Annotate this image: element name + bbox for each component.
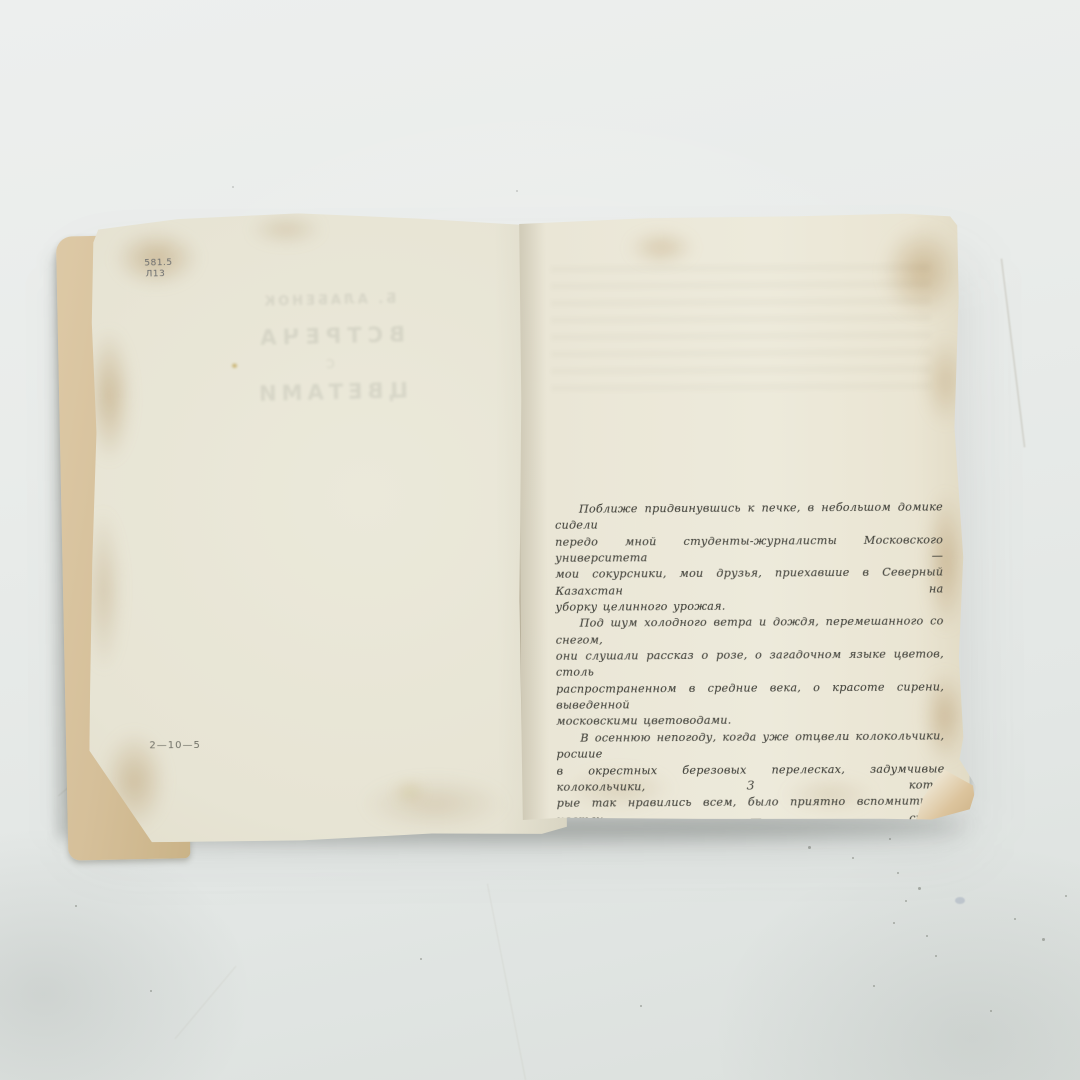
text-line: мои сокурсники, мои друзья, приехавшие в… xyxy=(555,565,943,600)
left-page: Б. АЛАБЕНОК ВСТРЕЧА С ЦВЕТАМИ 581.5 Л13 … xyxy=(86,208,568,847)
ghost-title-line: ВСТРЕЧА xyxy=(214,321,445,350)
text-line: распространенном в средние века, о красо… xyxy=(556,679,944,714)
open-book: Б. АЛАБЕНОК ВСТРЕЧА С ЦВЕТАМИ 581.5 Л13 … xyxy=(0,0,1080,1080)
text-line: кого, «Путешествие с домашними растениям… xyxy=(557,908,945,943)
page-number: 3 xyxy=(557,776,945,793)
page-stain xyxy=(236,209,336,250)
text-line: «Из зеленого царства» Дмитрия Кайгородов… xyxy=(558,941,946,976)
show-through-title: Б. АЛАБЕНОК ВСТРЕЧА С ЦВЕТАМИ xyxy=(214,290,447,406)
text-line: Павла Фрейберга, «Жатва жизни» Лютера Бе… xyxy=(558,973,946,1008)
page-stain xyxy=(616,225,706,271)
page-stain xyxy=(390,781,430,803)
ghost-author-line: Б. АЛАБЕНОК xyxy=(214,290,444,310)
text-line: передо мной студенты-журналисты Московск… xyxy=(555,532,943,567)
right-page: Поближе придвинувшись к печке, в небольш… xyxy=(516,211,970,832)
text-line: В осеннюю непогоду, когда уже отцвели ко… xyxy=(556,728,944,763)
text-line: туралистов — «Цветы в легендах и предани… xyxy=(557,875,945,910)
text-line: они слушали рассказ о розе, о загадочном… xyxy=(556,647,944,682)
text-line: Под шум холодного ветра и дождя, перемеш… xyxy=(556,614,944,649)
stamp-line: Л13 xyxy=(145,269,173,281)
print-run-code: 2—10—5 xyxy=(149,740,201,751)
stamp-line: 581.5 xyxy=(144,258,173,270)
ghost-title-line: ЦВЕТАМИ xyxy=(216,377,447,406)
text-line: Поближе придвинувшись к печке, в небольш… xyxy=(555,499,943,534)
ghost-title-line: С xyxy=(215,354,445,373)
library-classification-stamp: 581.5 Л13 xyxy=(144,258,173,281)
body-text: Поближе придвинувшись к печке, в небольш… xyxy=(555,499,946,1008)
